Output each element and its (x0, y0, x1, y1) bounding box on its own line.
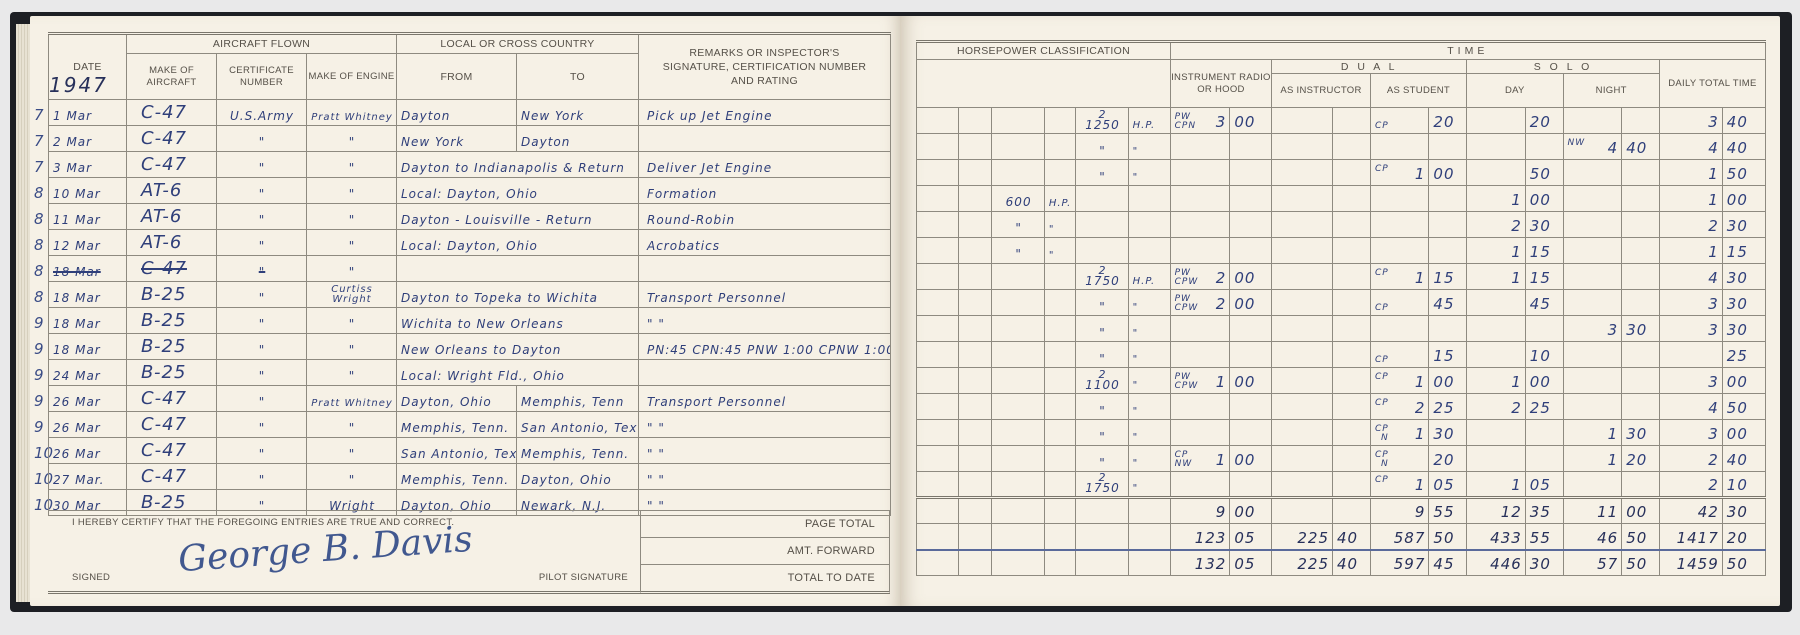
flight-entry-row: 18 MarB-25""Wichita to New Orleans" " (49, 308, 891, 334)
student-minutes (1429, 186, 1467, 212)
hp-col-empty (1076, 524, 1128, 550)
hp-high: " (1076, 420, 1128, 446)
total-instructor-hours (1272, 498, 1333, 524)
hp-high (1076, 186, 1128, 212)
hp-low (992, 316, 1044, 342)
solo-night-minutes (1622, 238, 1660, 264)
entry-engine: " (307, 438, 397, 464)
daily-total-minutes: 30 (1722, 212, 1765, 238)
horsepower-header: HORSEPOWER CLASSIFICATION (917, 42, 1171, 60)
flight-entry-row: 10 MarAT-6""Local: Dayton, OhioFormation (49, 178, 891, 204)
entry-engine: " (307, 126, 397, 152)
entry-remarks: " " (639, 464, 891, 490)
instrument-hours (1170, 238, 1230, 264)
instrument-hours (1170, 420, 1230, 446)
hp-col-empty (958, 550, 992, 576)
instructor-hours (1272, 186, 1333, 212)
total-day-minutes: 55 (1525, 524, 1563, 550)
total-daily-hours: 1417 (1659, 524, 1722, 550)
flight-entry-row: 2 MarC-47""New YorkDayton (49, 126, 891, 152)
flight-entry-row: 18 MarB-25""New Orleans to DaytonPN:45 C… (49, 334, 891, 360)
hp-low-unit (1044, 290, 1075, 316)
hp-col-1 (917, 264, 959, 290)
entry-route: Dayton to Indianapolis & Return (397, 152, 639, 178)
solo-night-hours (1563, 160, 1622, 186)
entry-route: New Orleans to Dayton (397, 334, 639, 360)
total-student-hours: 9 (1370, 498, 1429, 524)
instrument-hours (1170, 472, 1230, 498)
daily-total-hours (1659, 342, 1722, 368)
from-header: FROM (397, 54, 517, 100)
hp-col-1 (917, 186, 959, 212)
solo-night-minutes (1622, 472, 1660, 498)
instrument-minutes: 00 (1230, 368, 1272, 394)
hp-high: " (1076, 394, 1128, 420)
hp-low (992, 134, 1044, 160)
daily-total-minutes: 50 (1722, 160, 1765, 186)
hp-high: " (1076, 134, 1128, 160)
instructor-hours (1272, 108, 1333, 134)
flight-entry-row: 26 MarC-47"Pratt WhitneyDayton, OhioMemp… (49, 386, 891, 412)
total-instrument-hours: 123 (1170, 524, 1230, 550)
instrument-hours (1170, 160, 1230, 186)
hp-col-2 (958, 134, 992, 160)
solo-night-minutes (1622, 160, 1660, 186)
hp-col-2 (958, 342, 992, 368)
entry-route: Dayton - Louisville - Return (397, 204, 639, 230)
daily-total-minutes: 30 (1722, 316, 1765, 342)
hp-high-unit: " (1128, 290, 1170, 316)
time-entries: 21250H.P.PW CPN300CP2020340""NW440440""C… (917, 108, 1766, 576)
entry-certificate: " (217, 178, 307, 204)
entry-date: 24 Mar (49, 360, 127, 386)
total-daily-minutes: 50 (1722, 550, 1765, 576)
solo-day-hours (1467, 290, 1526, 316)
hp-high-unit: " (1128, 368, 1170, 394)
instrument-minutes: 00 (1230, 108, 1272, 134)
daily-total-hours: 3 (1659, 420, 1722, 446)
remarks-header: REMARKS OR INSPECTOR'S SIGNATURE, CERTIF… (639, 34, 891, 100)
solo-night-minutes (1622, 264, 1660, 290)
hp-low (992, 108, 1044, 134)
hp-col-1 (917, 342, 959, 368)
hp-col-empty (1128, 524, 1170, 550)
certificate-number-header: CERTIFICATE NUMBER (217, 54, 307, 100)
student-minutes: 00 (1429, 160, 1467, 186)
hp-col-2 (958, 264, 992, 290)
hp-low-unit (1044, 446, 1075, 472)
entry-aircraft: C-47 (127, 386, 217, 412)
daily-total-minutes: 00 (1722, 420, 1765, 446)
hp-col-2 (958, 238, 992, 264)
entry-from: San Antonio, Tex. (397, 438, 517, 464)
daily-total-hours: 1 (1659, 238, 1722, 264)
totals-row: 132052254059745446305750145950 (917, 550, 1766, 576)
entry-engine: " (307, 360, 397, 386)
instructor-hours (1272, 420, 1333, 446)
hp-high-unit (1128, 212, 1170, 238)
entry-aircraft: C-47 (127, 100, 217, 126)
hp-high: " (1076, 316, 1128, 342)
solo-day-minutes: 10 (1525, 342, 1563, 368)
instrument-hours: PW CPN3 (1170, 108, 1230, 134)
hp-col-1 (917, 134, 959, 160)
entry-aircraft: B-25 (127, 360, 217, 386)
hp-col-empty (1044, 550, 1075, 576)
total-day-hours: 12 (1467, 498, 1526, 524)
total-student-hours: 597 (1370, 550, 1429, 576)
flight-entry-row: 26 MarC-47""San Antonio, Tex.Memphis, Te… (49, 438, 891, 464)
solo-night-hours: 1 (1563, 446, 1622, 472)
daily-total-minutes: 40 (1722, 446, 1765, 472)
solo-day-hours (1467, 108, 1526, 134)
entry-date: 27 Mar. (49, 464, 127, 490)
instructor-minutes (1333, 342, 1371, 368)
hp-low (992, 290, 1044, 316)
instrument-minutes (1230, 134, 1272, 160)
instrument-hours: CP NW1 (1170, 446, 1230, 472)
entry-certificate: " (217, 334, 307, 360)
solo-day-hours (1467, 342, 1526, 368)
daily-total-hours: 3 (1659, 108, 1722, 134)
hp-high-unit (1128, 238, 1170, 264)
hp-high-unit: " (1128, 134, 1170, 160)
entry-aircraft: C-47 (127, 126, 217, 152)
hp-low (992, 446, 1044, 472)
instrument-hours (1170, 394, 1230, 420)
student-minutes (1429, 238, 1467, 264)
entry-date: 1 Mar (49, 100, 127, 126)
daily-total-hours: 1 (1659, 160, 1722, 186)
total-instrument-hours: 9 (1170, 498, 1230, 524)
entry-date: 2 Mar (49, 126, 127, 152)
hp-low (992, 342, 1044, 368)
daily-total-minutes: 40 (1722, 108, 1765, 134)
total-instructor-minutes: 40 (1333, 524, 1371, 550)
flight-entry-row: 18 MarB-25"Curtiss WrightDayton to Topek… (49, 282, 891, 308)
instrument-hours (1170, 316, 1230, 342)
solo-night-hours (1563, 472, 1622, 498)
flight-entry-row: 24 MarB-25""Local: Wright Fld., Ohio (49, 360, 891, 386)
instrument-minutes (1230, 472, 1272, 498)
hp-col-1 (917, 472, 959, 498)
hp-col-2 (958, 212, 992, 238)
instructor-hours (1272, 212, 1333, 238)
solo-night-hours (1563, 290, 1622, 316)
entry-certificate: " (217, 438, 307, 464)
signed-label: SIGNED (72, 572, 110, 583)
entry-remarks: " " (639, 438, 891, 464)
entry-aircraft: AT-6 (127, 178, 217, 204)
total-day-hours: 446 (1467, 550, 1526, 576)
entry-route: Dayton to Topeka to Wichita (397, 282, 639, 308)
instructor-minutes (1333, 238, 1371, 264)
year-label: 1947 (49, 73, 126, 97)
hp-col-2 (958, 446, 992, 472)
solo-day-minutes: 45 (1525, 290, 1563, 316)
entry-remarks: Acrobatics (639, 230, 891, 256)
student-hours (1370, 186, 1429, 212)
instrument-hours: PW CPW2 (1170, 264, 1230, 290)
hp-low (992, 420, 1044, 446)
entry-date: 18 Mar (49, 282, 127, 308)
as-instructor-header: AS INSTRUCTOR (1272, 74, 1370, 108)
entry-engine: " (307, 152, 397, 178)
student-minutes (1429, 212, 1467, 238)
entry-engine: Curtiss Wright (307, 282, 397, 308)
solo-night-minutes: 30 (1622, 420, 1660, 446)
entry-engine: " (307, 308, 397, 334)
hp-low-unit (1044, 342, 1075, 368)
hp-col-2 (958, 472, 992, 498)
daily-total-hours: 2 (1659, 472, 1722, 498)
total-instrument-minutes: 05 (1230, 550, 1272, 576)
solo-night-minutes (1622, 290, 1660, 316)
hp-high: " (1076, 290, 1128, 316)
student-minutes: 15 (1429, 264, 1467, 290)
entry-remarks: Formation (639, 178, 891, 204)
entry-certificate: " (217, 308, 307, 334)
hp-high-unit (1128, 186, 1170, 212)
hp-col-empty (992, 550, 1044, 576)
flight-entry-row: 12 MarAT-6""Local: Dayton, OhioAcrobatic… (49, 230, 891, 256)
time-entry-row: ""CP NW100CP N20120240 (917, 446, 1766, 472)
hp-low-unit (1044, 160, 1075, 186)
time-entry-row: 600H.P.100100 (917, 186, 1766, 212)
total-night-minutes: 00 (1622, 498, 1660, 524)
day-header: DAY (1467, 74, 1563, 108)
solo-day-minutes: 00 (1525, 186, 1563, 212)
entry-aircraft: AT-6 (127, 204, 217, 230)
instrument-header: INSTRUMENT RADIO OR HOOD (1170, 60, 1272, 108)
entry-remarks: Round-Robin (639, 204, 891, 230)
hp-high-unit: " (1128, 342, 1170, 368)
flight-entry-row: 11 MarAT-6""Dayton - Louisville - Return… (49, 204, 891, 230)
solo-night-hours (1563, 394, 1622, 420)
instrument-minutes (1230, 186, 1272, 212)
totals-labels: PAGE TOTAL AMT. FORWARD TOTAL TO DATE (640, 510, 890, 594)
hp-col-1 (917, 446, 959, 472)
entry-engine: " (307, 464, 397, 490)
entry-to: Memphis, Tenn. (517, 438, 639, 464)
entry-remarks: Transport Personnel (639, 386, 891, 412)
entry-aircraft: AT-6 (127, 230, 217, 256)
entry-remarks: Transport Personnel (639, 282, 891, 308)
total-daily-minutes: 20 (1722, 524, 1765, 550)
instrument-hours (1170, 186, 1230, 212)
entry-route: Local: Dayton, Ohio (397, 178, 639, 204)
hp-low-unit (1044, 108, 1075, 134)
hp-col-1 (917, 160, 959, 186)
hp-low (992, 394, 1044, 420)
hp-high (1076, 238, 1128, 264)
total-night-minutes: 50 (1622, 524, 1660, 550)
instructor-minutes (1333, 264, 1371, 290)
entry-date: 10 Mar (49, 178, 127, 204)
night-header: NIGHT (1563, 74, 1659, 108)
amt-forward-label: AMT. FORWARD (641, 538, 889, 565)
entry-aircraft: C-47 (127, 152, 217, 178)
hp-high-unit: " (1128, 316, 1170, 342)
total-night-hours: 11 (1563, 498, 1622, 524)
solo-day-minutes: 00 (1525, 368, 1563, 394)
total-instrument-minutes: 05 (1230, 524, 1272, 550)
totals-row: 900955123511004230 (917, 498, 1766, 524)
hp-high: 21100 (1076, 368, 1128, 394)
daily-total-minutes: 25 (1722, 342, 1765, 368)
entry-aircraft: C-47 (127, 412, 217, 438)
student-minutes (1429, 134, 1467, 160)
instructor-minutes (1333, 472, 1371, 498)
hp-high-unit: H.P. (1128, 264, 1170, 290)
entry-to: Dayton (517, 126, 639, 152)
instrument-minutes: 00 (1230, 290, 1272, 316)
student-minutes: 00 (1429, 368, 1467, 394)
total-daily-hours: 1459 (1659, 550, 1722, 576)
instrument-hours (1170, 134, 1230, 160)
student-hours: CP1 (1370, 472, 1429, 498)
hp-col-empty (1076, 550, 1128, 576)
student-hours: CP (1370, 108, 1429, 134)
hp-col-1 (917, 108, 959, 134)
hp-col-empty (917, 524, 959, 550)
page-edges (16, 24, 30, 602)
entry-aircraft: C-47 (127, 438, 217, 464)
daily-total-hours: 3 (1659, 316, 1722, 342)
student-hours: CP (1370, 342, 1429, 368)
total-student-minutes: 50 (1429, 524, 1467, 550)
entry-engine: " (307, 204, 397, 230)
daily-total-minutes: 00 (1722, 368, 1765, 394)
solo-night-hours (1563, 238, 1622, 264)
entry-aircraft: C-47 (127, 256, 217, 282)
total-student-hours: 587 (1370, 524, 1429, 550)
entry-certificate: " (217, 256, 307, 282)
hp-high: 21750 (1076, 264, 1128, 290)
flight-entries: 1 MarC-47U.S.ArmyPratt WhitneyDaytonNew … (49, 100, 891, 516)
entry-from: Memphis, Tenn. (397, 412, 517, 438)
solo-day-hours (1467, 316, 1526, 342)
entry-date: 26 Mar (49, 412, 127, 438)
flight-entry-row: 27 Mar.C-47""Memphis, Tenn.Dayton, Ohio"… (49, 464, 891, 490)
time-entry-row: ""NW440440 (917, 134, 1766, 160)
solo-day-minutes (1525, 316, 1563, 342)
daily-total-minutes: 15 (1722, 238, 1765, 264)
time-entry-row: ""CP10050150 (917, 160, 1766, 186)
date-header: DATE 1947 (49, 34, 127, 100)
hp-col-empty (958, 498, 992, 524)
entry-aircraft: B-25 (127, 282, 217, 308)
hp-col-empty (1044, 498, 1075, 524)
solo-night-minutes: 30 (1622, 316, 1660, 342)
instructor-minutes (1333, 160, 1371, 186)
entry-aircraft: C-47 (127, 464, 217, 490)
instructor-hours (1272, 238, 1333, 264)
hp-col-empty (992, 498, 1044, 524)
entry-date: 18 Mar (49, 256, 127, 282)
daily-total-minutes: 30 (1722, 290, 1765, 316)
instrument-hours (1170, 342, 1230, 368)
student-minutes (1429, 316, 1467, 342)
hp-low-unit: " (1044, 238, 1075, 264)
hp-col-1 (917, 394, 959, 420)
solo-night-hours: NW4 (1563, 134, 1622, 160)
hp-col-2 (958, 394, 992, 420)
instructor-minutes (1333, 368, 1371, 394)
total-instructor-minutes (1333, 498, 1371, 524)
hp-low-unit: H.P. (1044, 186, 1075, 212)
solo-day-minutes: 20 (1525, 108, 1563, 134)
daily-total-hours: 3 (1659, 368, 1722, 394)
instructor-hours (1272, 290, 1333, 316)
instructor-minutes (1333, 186, 1371, 212)
hp-high: 21750 (1076, 472, 1128, 498)
student-hours (1370, 212, 1429, 238)
entry-remarks: " " (639, 412, 891, 438)
daily-total-minutes: 00 (1722, 186, 1765, 212)
solo-day-hours (1467, 160, 1526, 186)
time-entry-row: ""CP225225450 (917, 394, 1766, 420)
total-night-hours: 46 (1563, 524, 1622, 550)
student-hours: CP1 (1370, 368, 1429, 394)
pilot-signature-label: PILOT SIGNATURE (539, 572, 628, 583)
instrument-minutes (1230, 420, 1272, 446)
time-entry-row: 21100"PW CPW100CP100100300 (917, 368, 1766, 394)
solo-night-hours (1563, 368, 1622, 394)
entry-certificate: " (217, 204, 307, 230)
hp-high-unit: H.P. (1128, 108, 1170, 134)
solo-day-hours: 1 (1467, 238, 1526, 264)
time-entry-row: 21750H.P.PW CPW200CP115115430 (917, 264, 1766, 290)
entry-certificate: " (217, 464, 307, 490)
entry-to: Memphis, Tenn (517, 386, 639, 412)
instructor-hours (1272, 264, 1333, 290)
entry-route: Wichita to New Orleans (397, 308, 639, 334)
hp-high: " (1076, 160, 1128, 186)
solo-night-minutes (1622, 186, 1660, 212)
daily-total-hours: 2 (1659, 212, 1722, 238)
solo-day-minutes (1525, 446, 1563, 472)
solo-day-hours (1467, 134, 1526, 160)
total-day-minutes: 35 (1525, 498, 1563, 524)
daily-total-hours: 2 (1659, 446, 1722, 472)
daily-total-minutes: 10 (1722, 472, 1765, 498)
daily-total-hours: 3 (1659, 290, 1722, 316)
instructor-hours (1272, 368, 1333, 394)
hp-col-2 (958, 316, 992, 342)
totals-row: 123052254058750433554650141720 (917, 524, 1766, 550)
page-total-label: PAGE TOTAL (641, 511, 889, 538)
hp-col-empty (917, 550, 959, 576)
solo-day-minutes: 50 (1525, 160, 1563, 186)
time-entry-row: ""115115 (917, 238, 1766, 264)
instructor-minutes (1333, 316, 1371, 342)
entry-date: 26 Mar (49, 386, 127, 412)
daily-total-hours: 1 (1659, 186, 1722, 212)
daily-total-hours: 4 (1659, 264, 1722, 290)
hp-low-unit: " (1044, 212, 1075, 238)
instructor-minutes (1333, 446, 1371, 472)
hp-high: 21250 (1076, 108, 1128, 134)
solo-day-hours: 2 (1467, 394, 1526, 420)
flight-entry-row: 1 MarC-47U.S.ArmyPratt WhitneyDaytonNew … (49, 100, 891, 126)
entry-engine: " (307, 230, 397, 256)
entry-date: 18 Mar (49, 334, 127, 360)
solo-day-minutes (1525, 420, 1563, 446)
make-of-engine-header: MAKE OF ENGINE (307, 54, 397, 100)
flight-entry-row: 26 MarC-47""Memphis, Tenn.San Antonio, T… (49, 412, 891, 438)
solo-night-minutes (1622, 368, 1660, 394)
